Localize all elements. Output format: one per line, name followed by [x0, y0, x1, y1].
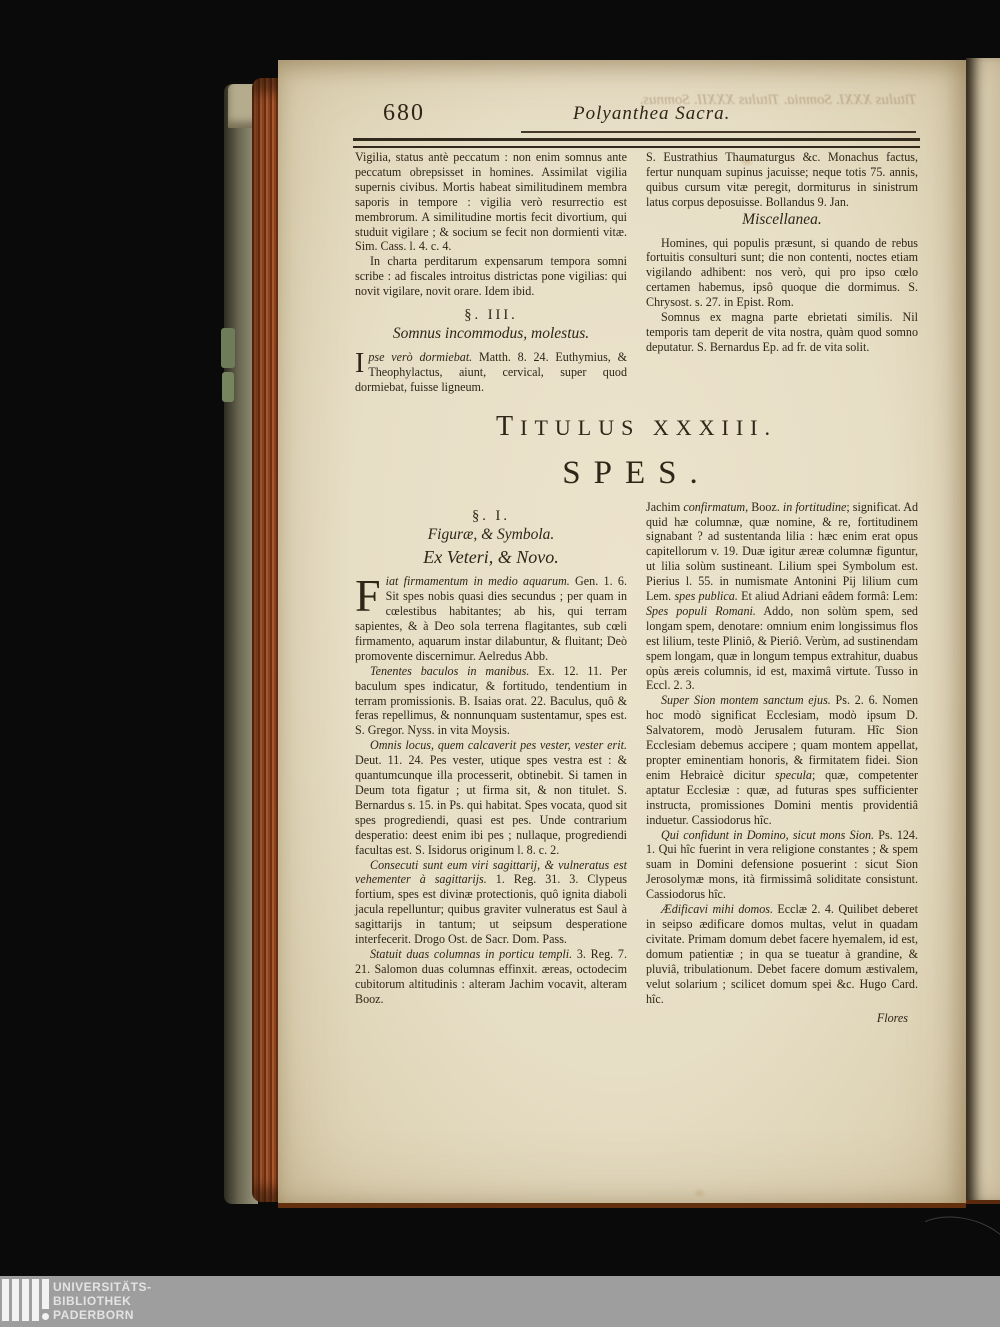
chapter-title-block: TITULUS XXXIII. SPES. [355, 411, 918, 492]
page-content: 680 Polyanthea Sacra. Vigilia, status an… [355, 100, 918, 1026]
library-name-line: PADERBORN [53, 1308, 152, 1322]
italic-text: Super Sion montem sanctum ejus. [661, 693, 831, 707]
section-title: Figuræ, & Symbola. [355, 528, 627, 543]
section-subtitle: Ex Veteri, & Novo. [355, 550, 627, 565]
columns-main: §. I. Figuræ, & Symbola. Ex Veteri, & No… [355, 500, 918, 1027]
catchword: Flores [646, 1011, 918, 1026]
italic-text: specula [775, 768, 812, 782]
logo-bar [32, 1279, 39, 1321]
italic-text: in fortitudine [783, 500, 847, 514]
paragraph: Jachim confirmatum, Booz. in fortitudine… [646, 500, 918, 694]
logo-bar [42, 1279, 49, 1309]
page-number: 680 [383, 100, 425, 127]
drop-cap: I [355, 350, 368, 375]
paragraph: Fiat firmamentum in medio aquarum. Gen. … [355, 574, 627, 663]
roman-text: Vigilia, status antè peccatum : non enim… [355, 150, 627, 253]
logo-dot [42, 1313, 49, 1320]
foxing-stain [693, 1188, 706, 1198]
roman-text: Homines, qui populis præsunt, si quando … [646, 236, 918, 310]
paragraph: Omnis locus, quem calcaverit pes vester,… [355, 738, 627, 857]
paragraph: Super Sion montem sanctum ejus. Ps. 2. 6… [646, 693, 918, 827]
paragraph: Homines, qui populis præsunt, si quando … [646, 236, 918, 311]
paragraph: S. Eustrathius Thaumaturgus &c. Monachus… [646, 150, 918, 210]
paragraph: Ædificavi mihi domos. Ecclæ 2. 4. Quilib… [646, 902, 918, 1006]
header-rule-double [353, 138, 920, 148]
binding-tab [221, 328, 235, 368]
section-title: Miscellanea. [646, 213, 918, 228]
section-title: Somnus incommodus, molestus. [355, 327, 627, 342]
italic-text: Qui confidunt in Domino, sicut mons Sion… [661, 828, 874, 842]
library-footer-band: UNIVERSITÄTS- BIBLIOTHEK PADERBORN [0, 1276, 1000, 1327]
library-name-line: UNIVERSITÄTS- [53, 1280, 152, 1294]
left-column-top: Vigilia, status antè peccatum : non enim… [355, 150, 627, 395]
book-page: Titulus XXXI. Somnia. Titulus XXXII. Som… [278, 60, 966, 1208]
italic-text: spes publica. [674, 589, 737, 603]
library-name-line: BIBLIOTHEK [53, 1294, 152, 1308]
section-number: §. III. [355, 308, 627, 323]
header-rule-thin [521, 131, 916, 133]
paragraph: Vigilia, status antè peccatum : non enim… [355, 150, 627, 254]
titulus-heading: TITULUS XXXIII. [355, 411, 918, 443]
right-column-top: S. Eustrathius Thaumaturgus &c. Monachus… [646, 150, 918, 395]
roman-text: Deut. 11. 24. Pes vester, utique spes ve… [355, 753, 627, 856]
paragraph: Consecuti sunt eum viri sagittarij, & vu… [355, 858, 627, 947]
running-title: Polyanthea Sacra. [573, 103, 730, 125]
paragraph: Tenentes baculos in manibus. Ex. 12. 11.… [355, 664, 627, 739]
binding-tab [222, 372, 234, 402]
paragraph: Qui confidunt in Domino, sicut mons Sion… [646, 828, 918, 903]
paragraph: Somnus ex magna parte ebrietati similis.… [646, 310, 918, 355]
roman-text: Et aliud Adriani eâdem formâ: Lem: [738, 589, 918, 603]
columns-top: Vigilia, status antè peccatum : non enim… [355, 150, 918, 395]
italic-text: Omnis locus, quem calcaverit pes vester,… [370, 738, 627, 752]
chapter-name-heading: SPES. [355, 455, 918, 492]
paragraph: Statuit duas columnas in porticu templi.… [355, 947, 627, 1007]
italic-text: Statuit duas columnas in porticu templi. [370, 947, 572, 961]
page-header: 680 Polyanthea Sacra. [355, 100, 918, 150]
section-number: §. I. [355, 509, 627, 524]
roman-text: In charta perditarum expensarum tempora … [355, 254, 627, 298]
logo-bar [22, 1279, 29, 1321]
paragraph: Ipse verò dormiebat. Matth. 8. 24. Euthy… [355, 350, 627, 395]
roman-text: ; significat. Ad quid hæ columnæ, quæ no… [646, 500, 918, 603]
roman-text: , Booz. [745, 500, 783, 514]
drop-cap: F [355, 574, 386, 614]
left-column-main: §. I. Figuræ, & Symbola. Ex Veteri, & No… [355, 500, 627, 1027]
adjacent-page-edge [966, 58, 1000, 1204]
right-column-main: Jachim confirmatum, Booz. in fortitudine… [646, 500, 918, 1027]
library-name: UNIVERSITÄTS- BIBLIOTHEK PADERBORN [53, 1280, 152, 1322]
roman-text: Ecclæ 2. 4. Quilibet deberet in seipso æ… [646, 902, 918, 1005]
logo-bar [12, 1279, 19, 1321]
italic-text: iat firmamentum in medio aquarum. [386, 574, 570, 588]
italic-text: confirmatum [683, 500, 745, 514]
italic-text: pse verò dormiebat. [368, 350, 472, 364]
logo-bar [2, 1279, 9, 1321]
roman-text: Jachim [646, 500, 683, 514]
italic-text: Ædificavi mihi domos. [661, 902, 773, 916]
italic-text: Spes populi Romani. [646, 604, 756, 618]
book-scan: Titulus XXXI. Somnia. Titulus XXXII. Som… [0, 0, 1000, 1327]
roman-text: S. Eustrathius Thaumaturgus &c. Monachus… [646, 150, 918, 209]
paragraph: In charta perditarum expensarum tempora … [355, 254, 627, 299]
roman-text: Somnus ex magna parte ebrietati similis.… [646, 310, 918, 354]
italic-text: Tenentes baculos in manibus. [370, 664, 529, 678]
